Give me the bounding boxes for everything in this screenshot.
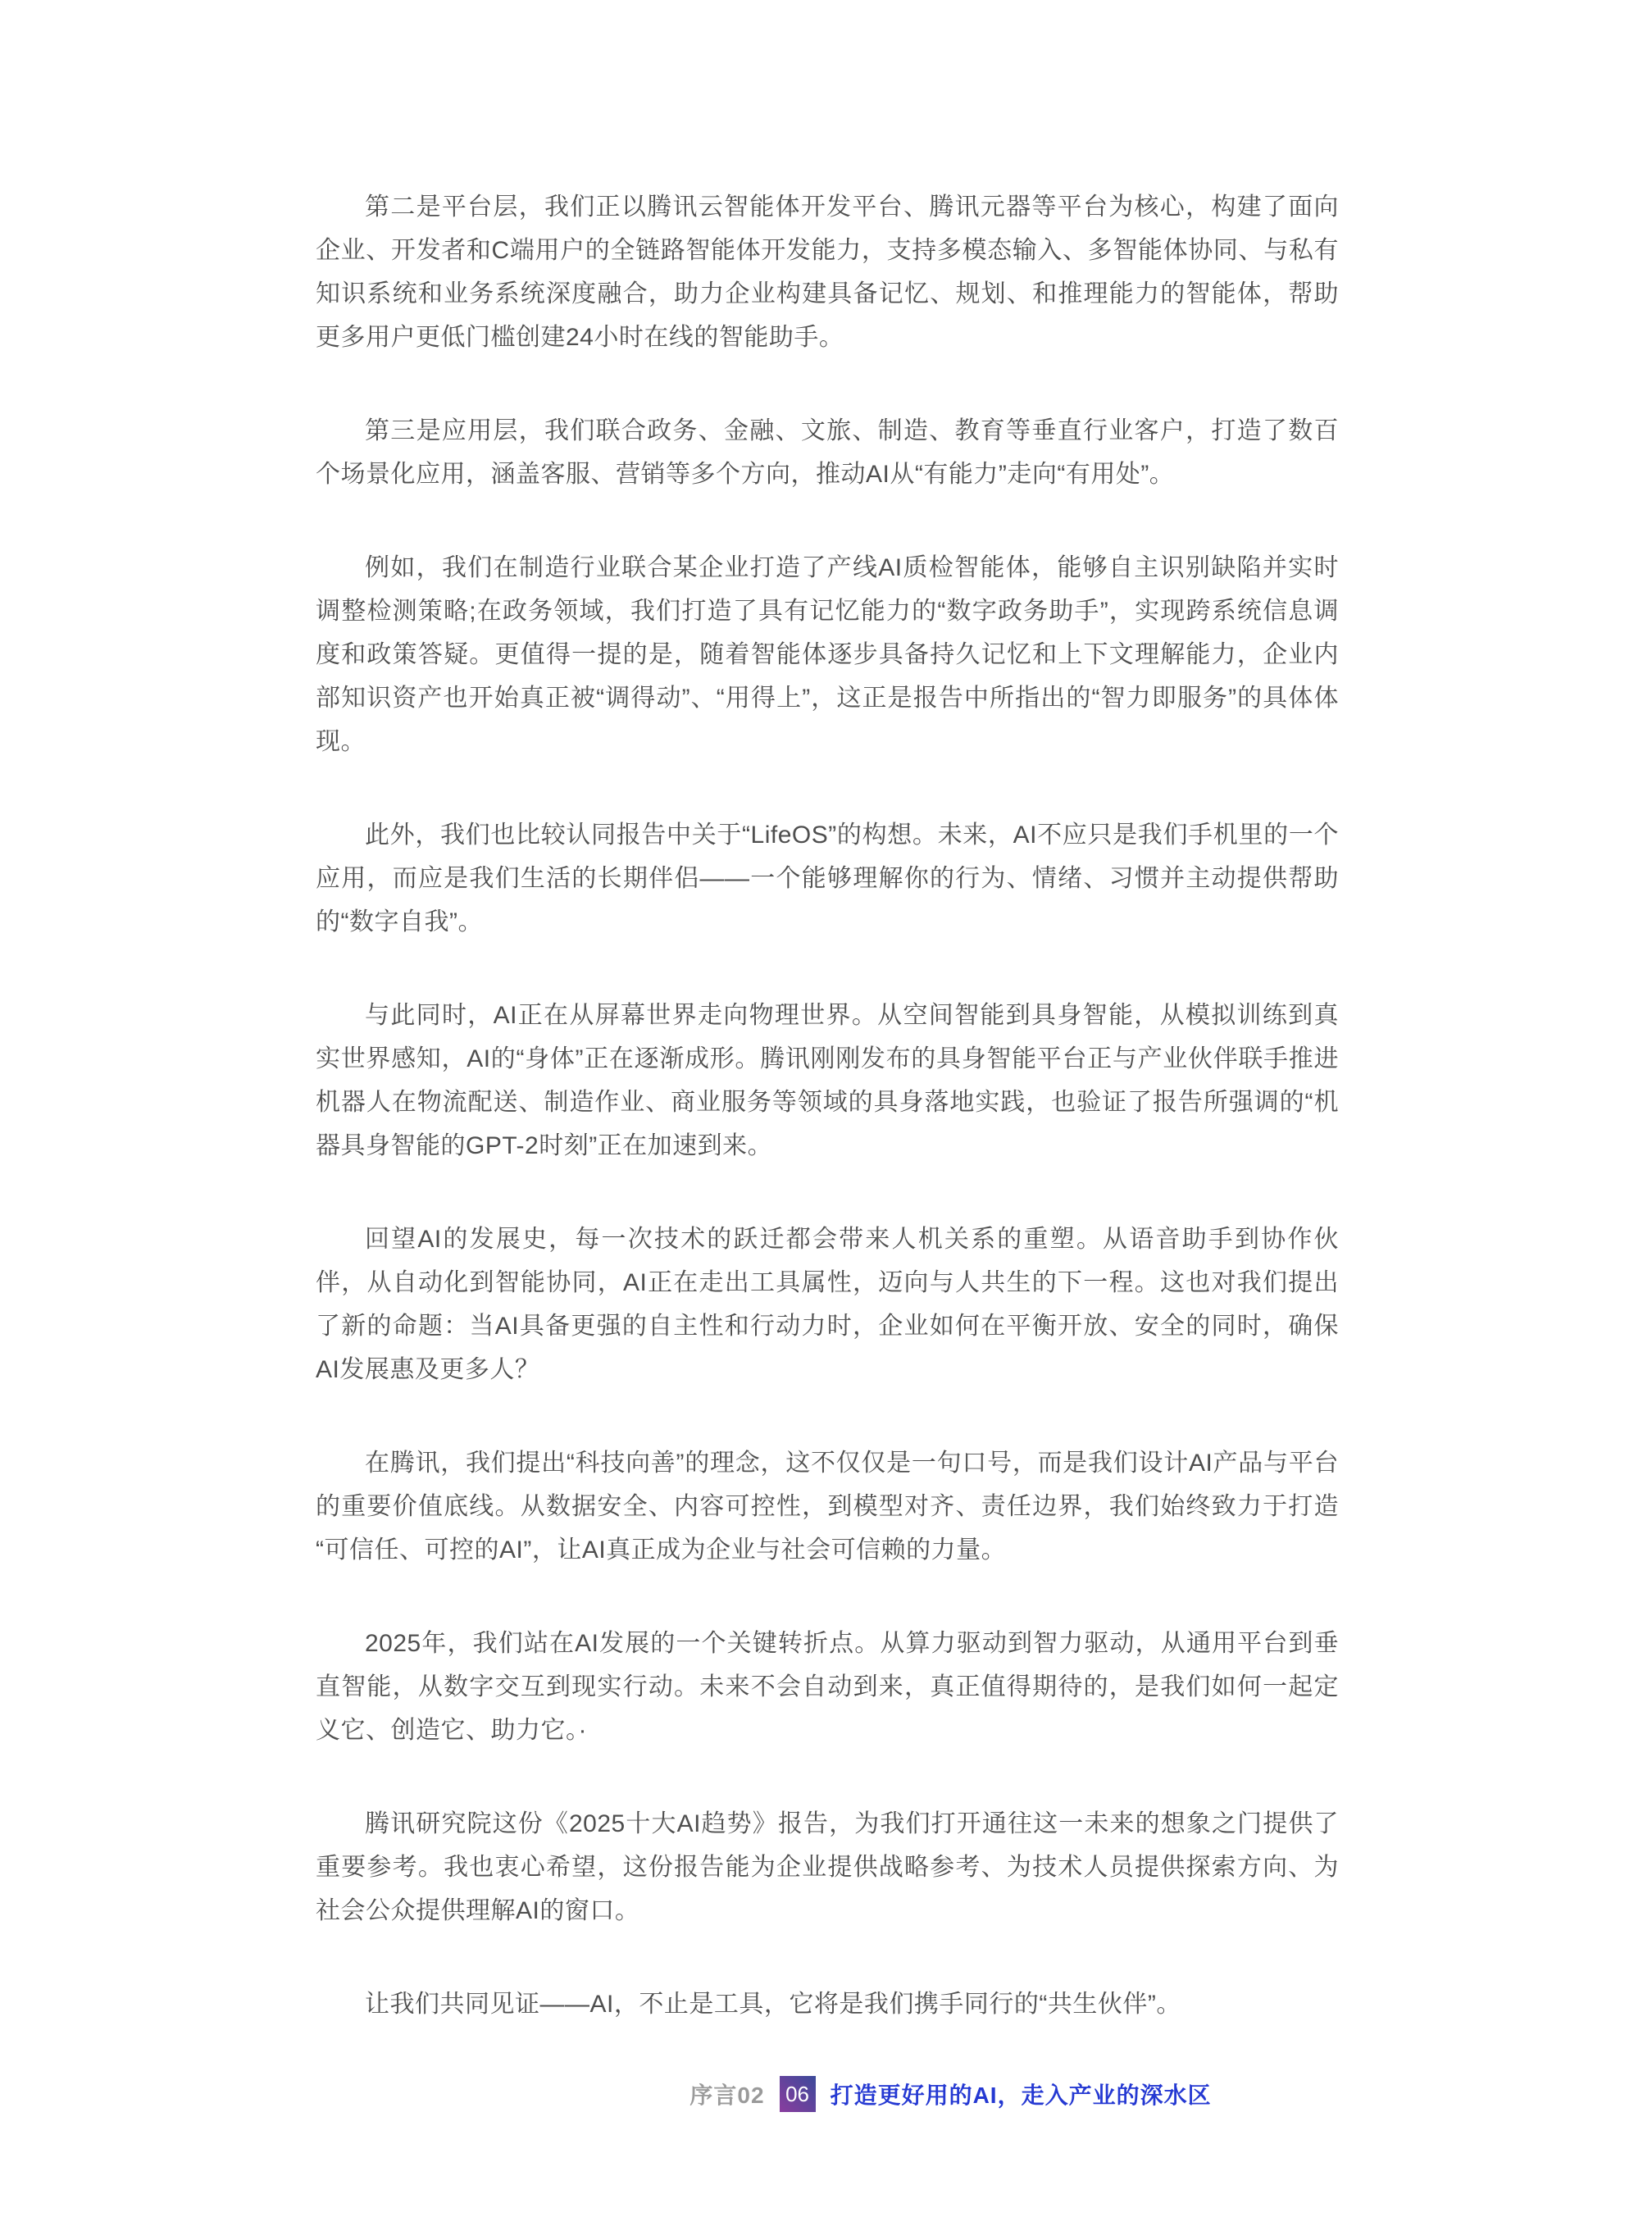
body-paragraph: 2025年，我们站在AI发展的一个关键转折点。从算力驱动到智力驱动，从通用平台到… <box>316 1622 1339 1752</box>
body-paragraph: 回望AI的发展史，每一次技术的跃迁都会带来人机关系的重塑。从语音助手到协作伙伴，… <box>316 1218 1339 1391</box>
body-paragraph: 腾讯研究院这份《2025十大AI趋势》报告，为我们打开通往这一未来的想象之门提供… <box>316 1802 1339 1932</box>
body-paragraph: 让我们共同见证——AI，不止是工具，它将是我们携手同行的“共生伙伴”。 <box>316 1982 1339 2026</box>
article-body: 第二是平台层，我们正以腾讯云智能体开发平台、腾讯元器等平台为核心，构建了面向企业… <box>316 185 1339 2026</box>
footer-section-label: 序言02 <box>689 2078 764 2110</box>
body-paragraph: 例如，我们在制造行业联合某企业打造了产线AI质检智能体，能够自主识别缺陷并实时调… <box>316 546 1339 763</box>
footer-chapter-title: 打造更好用的AI，走入产业的深水区 <box>831 2078 1212 2110</box>
body-paragraph: 第二是平台层，我们正以腾讯云智能体开发平台、腾讯元器等平台为核心，构建了面向企业… <box>316 185 1339 359</box>
body-paragraph: 第三是应用层，我们联合政务、金融、文旅、制造、教育等垂直行业客户，打造了数百个场… <box>316 409 1339 496</box>
page-number-badge: 06 <box>780 2076 816 2112</box>
document-page: 第二是平台层，我们正以腾讯云智能体开发平台、腾讯元器等平台为核心，构建了面向企业… <box>0 0 1652 2226</box>
body-paragraph: 此外，我们也比较认同报告中关于“LifeOS”的构想。未来，AI不应只是我们手机… <box>316 813 1339 944</box>
body-paragraph: 在腾讯，我们提出“科技向善”的理念，这不仅仅是一句口号，而是我们设计AI产品与平… <box>316 1441 1339 1572</box>
page-footer: 序言02 06 打造更好用的AI，走入产业的深水区 <box>125 2076 1652 2112</box>
body-paragraph: 与此同时，AI正在从屏幕世界走向物理世界。从空间智能到具身智能，从模拟训练到真实… <box>316 994 1339 1168</box>
